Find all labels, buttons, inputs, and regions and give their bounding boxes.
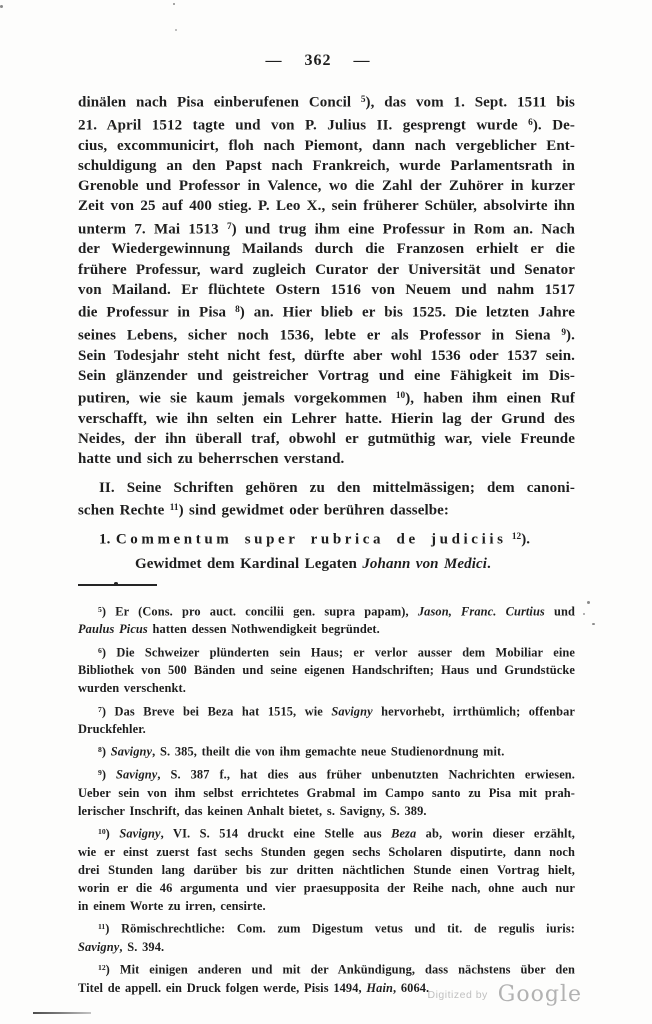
text-line: 11) Römischrechtliche: Com. zum Digestum…: [78, 918, 575, 937]
text-line: in einem Worte zu irren, censirte.: [78, 897, 575, 915]
scan-speck: [583, 613, 585, 615]
footnote-8: 8) Savigny, S. 385, theilt die von ihm g…: [78, 741, 575, 760]
text-line: 7) Das Breve bei Beza hat 1515, wie Savi…: [78, 701, 575, 720]
text-line: Druckfehler.: [78, 720, 575, 738]
text-line: Zeit von 25 auf 400 stieg. P. Leo X., se…: [78, 196, 575, 216]
text-line: Gewidmet dem Kardinal Legaten Johann von…: [78, 554, 575, 574]
text-line: Savigny, S. 394.: [78, 938, 575, 956]
text-line: lerischer Inschrift, das keinen Anhalt b…: [78, 802, 575, 820]
text-line: frühere Professur, ward zugleich Curator…: [78, 260, 575, 280]
text-line: Neides, der ihn überall traf, obwohl er …: [78, 429, 575, 449]
text-line: unterm 7. Mai 1513 7) und trug ihm eine …: [78, 217, 575, 240]
main-text-block: dinälen nach Pisa einberufenen Concil 5)…: [78, 90, 575, 1000]
footnote-10: 10) Savigny, VI. S. 514 druckt eine Stel…: [78, 823, 575, 914]
footnote-9: 9) Savigny, S. 387 f., hat dies aus früh…: [78, 764, 575, 819]
text-line: 5) Er (Cons. pro auct. concilii gen. sup…: [78, 601, 575, 620]
text-line: Paulus Picus hatten dessen Nothwendigkei…: [78, 620, 575, 638]
text-line: drei Stunden lang darüber bis zur dritte…: [78, 861, 575, 879]
text-line: 8) Savigny, S. 385, theilt die von ihm g…: [78, 741, 575, 760]
text-line: Grenoble und Professor in Valence, wo di…: [78, 176, 575, 196]
text-line: Sein glänzender und geistreicher Vortrag…: [78, 366, 575, 386]
scanned-book-page: — 362 — dinälen nach Pisa einberufenen C…: [0, 0, 652, 1024]
text-line: schuldigung an den Papst nach Frankreich…: [78, 156, 575, 176]
footnotes-section: 5) Er (Cons. pro auct. concilii gen. sup…: [78, 601, 575, 997]
text-line: verschafft, wie ihn selten ein Lehrer ha…: [78, 409, 575, 429]
paragraph-biography: dinälen nach Pisa einberufenen Concil 5)…: [78, 90, 575, 470]
text-line: der Wiedergewinnung Mailands durch die F…: [78, 239, 575, 259]
text-line: 9) Savigny, S. 387 f., hat dies aus früh…: [78, 764, 575, 783]
text-line: seines Lebens, sicher noch 1536, lebte e…: [78, 323, 575, 346]
google-watermark: Digitized by Google: [428, 982, 582, 1007]
work-list-item-1: 1. Commentum super rubrica de judiciis 1…: [78, 527, 575, 550]
scan-speck: [587, 601, 590, 604]
text-line: dinälen nach Pisa einberufenen Concil 5)…: [78, 90, 575, 113]
text-line: schen Rechte 11) sind gewidmet oder berü…: [78, 498, 575, 521]
dedication-line: Gewidmet dem Kardinal Legaten Johann von…: [78, 554, 575, 574]
scan-speck: [0, 5, 3, 8]
text-line: 10) Savigny, VI. S. 514 druckt eine Stel…: [78, 823, 575, 842]
text-line: die Professur in Pisa 8) an. Hier blieb …: [78, 300, 575, 323]
scan-speck: [173, 3, 175, 5]
text-line: cius, excommunicirt, floh nach Piemont, …: [78, 136, 575, 156]
text-line: wie er einst zuerst fast sechs Stunden g…: [78, 843, 575, 861]
text-line: 6) Die Schweizer plünderten sein Haus; e…: [78, 642, 575, 661]
text-line: wurden verschenkt.: [78, 679, 575, 697]
footnote-11: 11) Römischrechtliche: Com. zum Digestum…: [78, 918, 575, 955]
text-line: von Mailand. Er flüchtete Ostern 1516 vo…: [78, 280, 575, 300]
paragraph-schriften: II. Seine Schriften gehören zu den mitte…: [78, 478, 575, 521]
footnote-separator-rule: [78, 584, 157, 586]
scan-streak: [33, 1012, 91, 1014]
digitized-by-text: Digitized by: [428, 989, 488, 1001]
google-logo: Google: [498, 982, 582, 1007]
footnote-6: 6) Die Schweizer plünderten sein Haus; e…: [78, 642, 575, 697]
text-line: hatte und sich zu beherrschen verstand.: [78, 449, 575, 469]
text-line: worin er die 46 argumenta und vier praes…: [78, 879, 575, 897]
text-line: Ueber sein von ihm selbst errichtetes Gr…: [78, 784, 575, 802]
text-line: Sein Todesjahr steht nicht fest, dürfte …: [78, 346, 575, 366]
scan-speck: [175, 29, 177, 31]
scan-speck: [592, 623, 595, 625]
text-line: 1. Commentum super rubrica de judiciis 1…: [78, 527, 575, 550]
footnote-7: 7) Das Breve bei Beza hat 1515, wie Savi…: [78, 701, 575, 738]
text-line: 12) Mit einigen anderen und mit der Ankü…: [78, 959, 575, 978]
page-number: — 362 —: [78, 52, 558, 70]
text-line: 21. April 1512 tagte und von P. Julius I…: [78, 113, 575, 136]
text-line: II. Seine Schriften gehören zu den mitte…: [78, 478, 575, 498]
text-line: putiren, wie sie kaum jemals vorgekommen…: [78, 386, 575, 409]
text-line: Bibliothek von 500 Bänden und seine eige…: [78, 661, 575, 679]
footnote-5: 5) Er (Cons. pro auct. concilii gen. sup…: [78, 601, 575, 638]
